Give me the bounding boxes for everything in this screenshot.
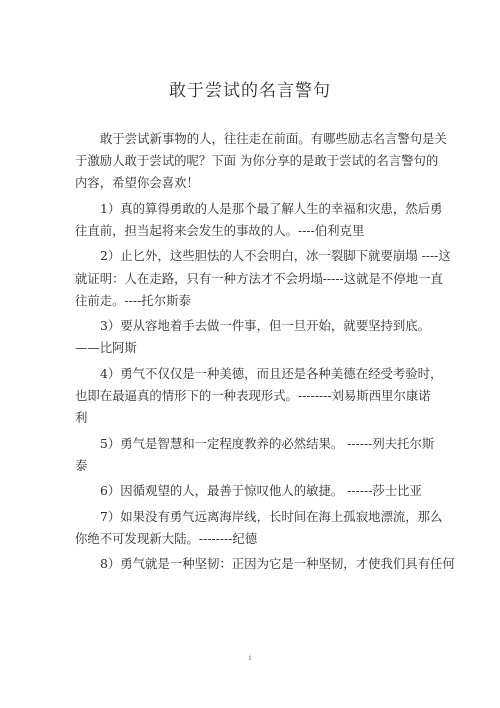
text-line: 内容，希望你会喜欢！ xyxy=(75,172,443,194)
text-line: 往前走。----托尔斯泰 xyxy=(75,290,443,312)
quote-5: 5）勇气是智慧和一定程度教养的必然结果。 ------列夫托尔斯 泰 xyxy=(75,433,443,477)
quote-8: 8）勇气就是一种坚韧：正因为它是一种坚韧，才使我们具有任何 xyxy=(75,553,443,575)
document-title: 敢于尝试的名言警句 xyxy=(0,76,500,101)
text-line: 7）如果没有勇气远离海岸线，长时间在海上孤寂地漂流，那么 xyxy=(100,506,443,528)
text-line: 3）要从容地着手去做一件事，但一旦开始，就要坚持到底。 xyxy=(100,315,443,337)
text-line: 于激励人敢于尝试的呢？下面 为你分享的是敢于尝试的名言警句的 xyxy=(75,150,443,172)
quote-4: 4）勇气不仅仅是一种美德，而且还是各种美德在经受考验时， 也即在最逼真的情形下的… xyxy=(75,363,443,430)
text-line: 1）真的算得勇敢的人是那个最了解人生的幸福和灾患，然后勇 xyxy=(100,198,443,220)
text-line: ——比阿斯 xyxy=(75,337,443,359)
quote-1: 1）真的算得勇敢的人是那个最了解人生的幸福和灾患，然后勇 往直前，担当起将来会发… xyxy=(75,198,443,242)
quote-2: 2）止匕外，这些胆怯的人不会明白，冰一裂脚下就要崩塌 ----这 就证明：人在走… xyxy=(75,245,443,312)
text-line: 你绝不可发现新大陆。--------纪德 xyxy=(75,528,443,550)
text-line: 敢于尝试新事物的人，往往走在前面。有哪些励志名言警句是关 xyxy=(100,128,443,150)
text-line: 就证明：人在走路，只有一种方法才不会坍塌-----这就是不停地一直 xyxy=(75,268,443,290)
quote-7: 7）如果没有勇气远离海岸线，长时间在海上孤寂地漂流，那么 你绝不可发现新大陆。-… xyxy=(75,506,443,550)
page-number: i xyxy=(0,654,500,662)
text-line: 4）勇气不仅仅是一种美德，而且还是各种美德在经受考验时， xyxy=(100,363,443,385)
text-line: 8）勇气就是一种坚韧：正因为它是一种坚韧，才使我们具有任何 xyxy=(100,553,443,575)
quote-3: 3）要从容地着手去做一件事，但一旦开始，就要坚持到底。 ——比阿斯 xyxy=(75,315,443,359)
text-line: 6）因循观望的人，最善于惊叹他人的敏捷。 ------莎士比亚 xyxy=(100,480,443,502)
text-line: 2）止匕外，这些胆怯的人不会明白，冰一裂脚下就要崩塌 ----这 xyxy=(100,245,443,267)
text-line: 往直前，担当起将来会发生的事故的人。----伯利克里 xyxy=(75,220,443,242)
text-line: 5）勇气是智慧和一定程度教养的必然结果。 ------列夫托尔斯 xyxy=(100,433,443,455)
text-line: 也即在最逼真的情形下的一种表现形式。--------刘易斯西里尔康诺 xyxy=(75,385,443,407)
document-body: 敢于尝试新事物的人，往往走在前面。有哪些励志名言警句是关 于激励人敢于尝试的呢？… xyxy=(75,128,443,579)
text-line: 泰 xyxy=(75,455,443,477)
document-page: 敢于尝试的名言警句 敢于尝试新事物的人，往往走在前面。有哪些励志名言警句是关 于… xyxy=(0,0,500,708)
text-line: 利 xyxy=(75,407,443,429)
intro-paragraph: 敢于尝试新事物的人，往往走在前面。有哪些励志名言警句是关 于激励人敢于尝试的呢？… xyxy=(75,128,443,195)
quote-6: 6）因循观望的人，最善于惊叹他人的敏捷。 ------莎士比亚 xyxy=(75,480,443,502)
